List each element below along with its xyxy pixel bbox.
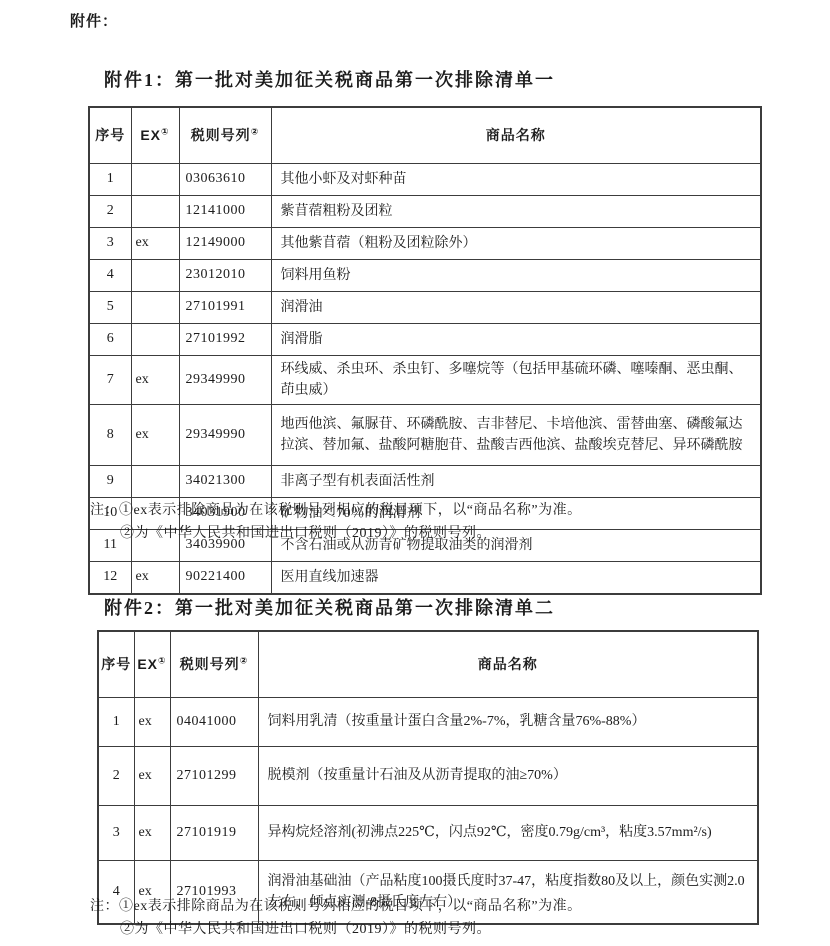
cell-name: 非离子型有机表面活性剂 xyxy=(271,465,761,497)
table-row: 1 ex 04041000 饲料用乳清（按重量计蛋白含量2%-7%，乳糖含量76… xyxy=(98,697,758,746)
cell-index: 2 xyxy=(89,195,131,227)
col-header-ex: EX① xyxy=(134,631,170,697)
cell-code: 29349990 xyxy=(179,355,271,404)
table-row: 8 ex 29349990 地西他滨、氟脲苷、环磷酰胺、吉非替尼、卡培他滨、雷替… xyxy=(89,404,761,465)
cell-code: 90221400 xyxy=(179,561,271,594)
table-row: 9 34021300 非离子型有机表面活性剂 xyxy=(89,465,761,497)
cell-code: 27101991 xyxy=(179,291,271,323)
col-header-index: 序号 xyxy=(98,631,134,697)
cell-index: 9 xyxy=(89,465,131,497)
col-header-code: 税则号列② xyxy=(170,631,258,697)
table-row: 3 ex 27101919 异构烷烃溶剂(初沸点225℃，闪点92℃，密度0.7… xyxy=(98,805,758,860)
table-row: 12 ex 90221400 医用直线加速器 xyxy=(89,561,761,594)
cell-ex: ex xyxy=(134,805,170,860)
attachment2-table: 序号 EX① 税则号列② 商品名称 1 ex 04041000 饲料用乳清（按重… xyxy=(97,630,759,925)
cell-index: 5 xyxy=(89,291,131,323)
table-row: 3 ex 12149000 其他紫苜蓿（粗粉及团粒除外） xyxy=(89,227,761,259)
table-row: 6 27101992 润滑脂 xyxy=(89,323,761,355)
cell-ex: ex xyxy=(134,746,170,805)
cell-name: 异构烷烃溶剂(初沸点225℃，闪点92℃，密度0.79g/cm³，粘度3.57m… xyxy=(258,805,758,860)
cell-code: 29349990 xyxy=(179,404,271,465)
attachment1-notes: 注：①ex表示排除商品为在该税则号列相应的税目项下，以“商品名称”为准。 ②为《… xyxy=(90,499,582,545)
cell-index: 3 xyxy=(98,805,134,860)
col-header-name: 商品名称 xyxy=(271,107,761,163)
cell-index: 2 xyxy=(98,746,134,805)
cell-ex xyxy=(131,163,179,195)
attachment2-title: 附件2：第一批对美加征关税商品第一次排除清单二 xyxy=(104,594,555,620)
cell-ex: ex xyxy=(131,404,179,465)
note-line-1: 注：①ex表示排除商品为在该税则号列相应的税目项下，以“商品名称”为准。 xyxy=(90,499,582,522)
col-header-ex: EX① xyxy=(131,107,179,163)
cell-ex xyxy=(131,291,179,323)
cell-name: 脱模剂（按重量计石油及从沥青提取的油≥70%） xyxy=(258,746,758,805)
cell-index: 1 xyxy=(89,163,131,195)
cell-ex xyxy=(131,259,179,291)
cell-code: 27101992 xyxy=(179,323,271,355)
cell-name: 地西他滨、氟脲苷、环磷酰胺、吉非替尼、卡培他滨、雷替曲塞、磷酸氟达拉滨、替加氟、… xyxy=(271,404,761,465)
attachment-label: 附件： xyxy=(70,10,118,31)
cell-index: 1 xyxy=(98,697,134,746)
cell-name: 润滑脂 xyxy=(271,323,761,355)
cell-index: 3 xyxy=(89,227,131,259)
cell-name: 润滑油 xyxy=(271,291,761,323)
cell-code: 23012010 xyxy=(179,259,271,291)
cell-code: 12149000 xyxy=(179,227,271,259)
cell-name: 饲料用鱼粉 xyxy=(271,259,761,291)
cell-index: 12 xyxy=(89,561,131,594)
col-header-index: 序号 xyxy=(89,107,131,163)
col-header-code: 税则号列② xyxy=(179,107,271,163)
cell-ex xyxy=(131,323,179,355)
attachment2-notes: 注：①ex表示排除商品为在该税则号列相应的税目项下，以“商品名称”为准。 ②为《… xyxy=(90,895,582,941)
cell-code: 27101919 xyxy=(170,805,258,860)
note-line-2: ②为《中华人民共和国进出口税则（2019）》的税则号列。 xyxy=(120,522,582,545)
table-row: 7 ex 29349990 环线威、杀虫环、杀虫钉、多噻烷等（包括甲基硫环磷、噻… xyxy=(89,355,761,404)
cell-ex: ex xyxy=(131,227,179,259)
cell-name: 环线威、杀虫环、杀虫钉、多噻烷等（包括甲基硫环磷、噻嗪酮、恶虫酮、茚虫威） xyxy=(271,355,761,404)
cell-ex: ex xyxy=(131,561,179,594)
attachment1-title: 附件1：第一批对美加征关税商品第一次排除清单一 xyxy=(104,66,555,92)
note-line-1: 注：①ex表示排除商品为在该税则号列相应的税目项下，以“商品名称”为准。 xyxy=(90,895,582,918)
cell-code: 34021300 xyxy=(179,465,271,497)
cell-name: 其他小虾及对虾种苗 xyxy=(271,163,761,195)
cell-ex xyxy=(131,465,179,497)
cell-name: 医用直线加速器 xyxy=(271,561,761,594)
table-row: 2 ex 27101299 脱模剂（按重量计石油及从沥青提取的油≥70%） xyxy=(98,746,758,805)
cell-name: 饲料用乳清（按重量计蛋白含量2%-7%，乳糖含量76%-88%） xyxy=(258,697,758,746)
table-row: 2 12141000 紫苜蓿粗粉及团粒 xyxy=(89,195,761,227)
cell-ex: ex xyxy=(131,355,179,404)
cell-ex xyxy=(131,195,179,227)
cell-index: 6 xyxy=(89,323,131,355)
table-header-row: 序号 EX① 税则号列② 商品名称 xyxy=(89,107,761,163)
cell-code: 03063610 xyxy=(179,163,271,195)
table-row: 4 23012010 饲料用鱼粉 xyxy=(89,259,761,291)
cell-name: 其他紫苜蓿（粗粉及团粒除外） xyxy=(271,227,761,259)
cell-ex: ex xyxy=(134,697,170,746)
table-row: 1 03063610 其他小虾及对虾种苗 xyxy=(89,163,761,195)
cell-index: 7 xyxy=(89,355,131,404)
cell-code: 27101299 xyxy=(170,746,258,805)
cell-index: 8 xyxy=(89,404,131,465)
cell-code: 04041000 xyxy=(170,697,258,746)
table-row: 5 27101991 润滑油 xyxy=(89,291,761,323)
cell-index: 4 xyxy=(89,259,131,291)
col-header-name: 商品名称 xyxy=(258,631,758,697)
table-header-row: 序号 EX① 税则号列② 商品名称 xyxy=(98,631,758,697)
cell-code: 12141000 xyxy=(179,195,271,227)
cell-name: 紫苜蓿粗粉及团粒 xyxy=(271,195,761,227)
note-line-2: ②为《中华人民共和国进出口税则（2019）》的税则号列。 xyxy=(120,918,582,941)
